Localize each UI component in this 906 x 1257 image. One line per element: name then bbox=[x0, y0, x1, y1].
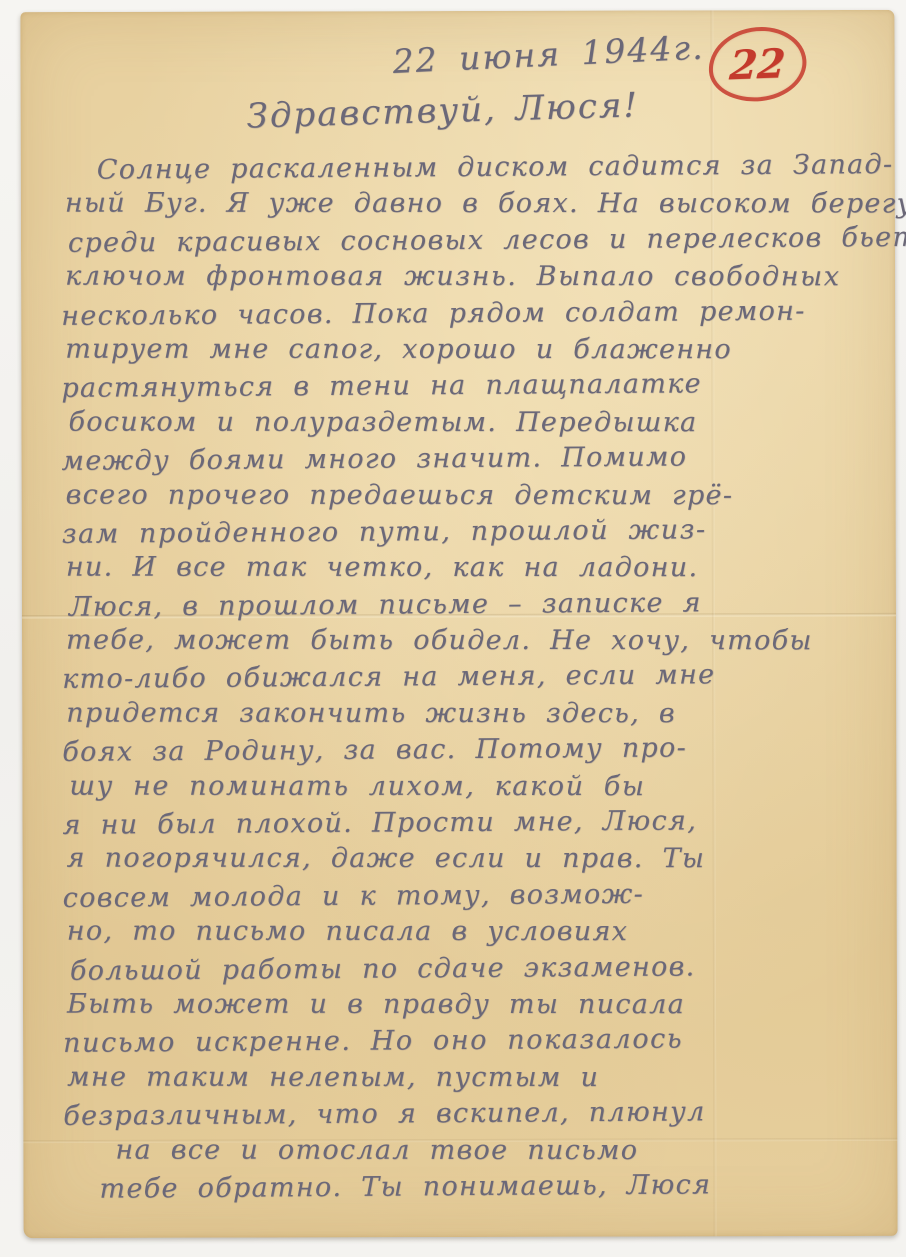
letter-line: на все и отослал твое письмо bbox=[115, 1132, 885, 1169]
archival-number-stamp: 22 bbox=[705, 23, 809, 105]
letter-line: я погорячился, даже если и прав. Ты bbox=[67, 841, 885, 878]
letter-line: я ни был плохой. Прости мне, Люся, bbox=[62, 802, 884, 844]
letter-line: кто-либо обижался на меня, если мне bbox=[62, 657, 884, 699]
letter-line: Быть может и в правду ты писала bbox=[67, 987, 885, 1024]
letter-line: шу не поминать лихом, какой бы bbox=[69, 768, 884, 805]
letter-line: мне таким нелепым, пустым и bbox=[67, 1059, 885, 1096]
letter-line: но, то письмо писала в условиях bbox=[67, 914, 885, 951]
letter-line: придется закончить жизнь здесь, в bbox=[66, 695, 884, 732]
letter-line: растянуться в тени на плащпалатке bbox=[61, 365, 883, 407]
letter-line: письмо искренне. Но оно показалось bbox=[63, 1020, 885, 1062]
stamp-number: 22 bbox=[728, 40, 787, 89]
letter-line: тирует мне сапог, хорошо и блаженно bbox=[65, 332, 883, 369]
letter-line: Солнце раскаленным диском садится за Зап… bbox=[61, 147, 883, 189]
letter-line: среди красивых сосновых лесов и перелеск… bbox=[68, 220, 883, 262]
letter-date: 22 июня 1944г. bbox=[392, 28, 705, 81]
letter-line: тебе, может быть обидел. Не хочу, чтобы bbox=[66, 623, 884, 660]
letter-line: большой работы по сдаче экзаменов. bbox=[70, 948, 885, 990]
letter-body: Солнце раскаленным диском садится за Зап… bbox=[61, 149, 886, 1206]
letter-line: безразличным, что я вскипел, плюнул bbox=[63, 1093, 885, 1135]
letter-paper: 22 июня 1944г. 22 Здравствуй, Люся! Солн… bbox=[20, 10, 897, 1238]
scanned-letter-background: 22 июня 1944г. 22 Здравствуй, Люся! Солн… bbox=[0, 0, 906, 1257]
letter-line: совсем молода и к тому, возмож- bbox=[63, 875, 885, 917]
letter-line: зам пройденного пути, прошлой жиз- bbox=[62, 511, 884, 553]
letter-line: ни. И все так четко, как на ладони. bbox=[66, 550, 884, 587]
letter-line: всего прочего предаешься детским грё- bbox=[66, 477, 884, 514]
letter-line: ный Буг. Я уже давно в боях. На высоком … bbox=[65, 186, 883, 223]
letter-line: ключом фронтовая жизнь. Выпало свободных bbox=[65, 259, 883, 296]
letter-greeting: Здравствуй, Люся! bbox=[246, 85, 639, 136]
letter-line: тебе обратно. Ты понимаешь, Люся bbox=[99, 1166, 885, 1208]
letter-line: боях за Родину, за вас. Потому про- bbox=[62, 729, 884, 771]
letter-line: Люся, в прошлом письме – записке я bbox=[69, 584, 884, 626]
letter-line: между боями много значит. Помимо bbox=[61, 438, 883, 480]
letter-line: босиком и полураздетым. Передышка bbox=[68, 404, 883, 441]
letter-line: несколько часов. Пока рядом солдат ремон… bbox=[61, 293, 883, 335]
